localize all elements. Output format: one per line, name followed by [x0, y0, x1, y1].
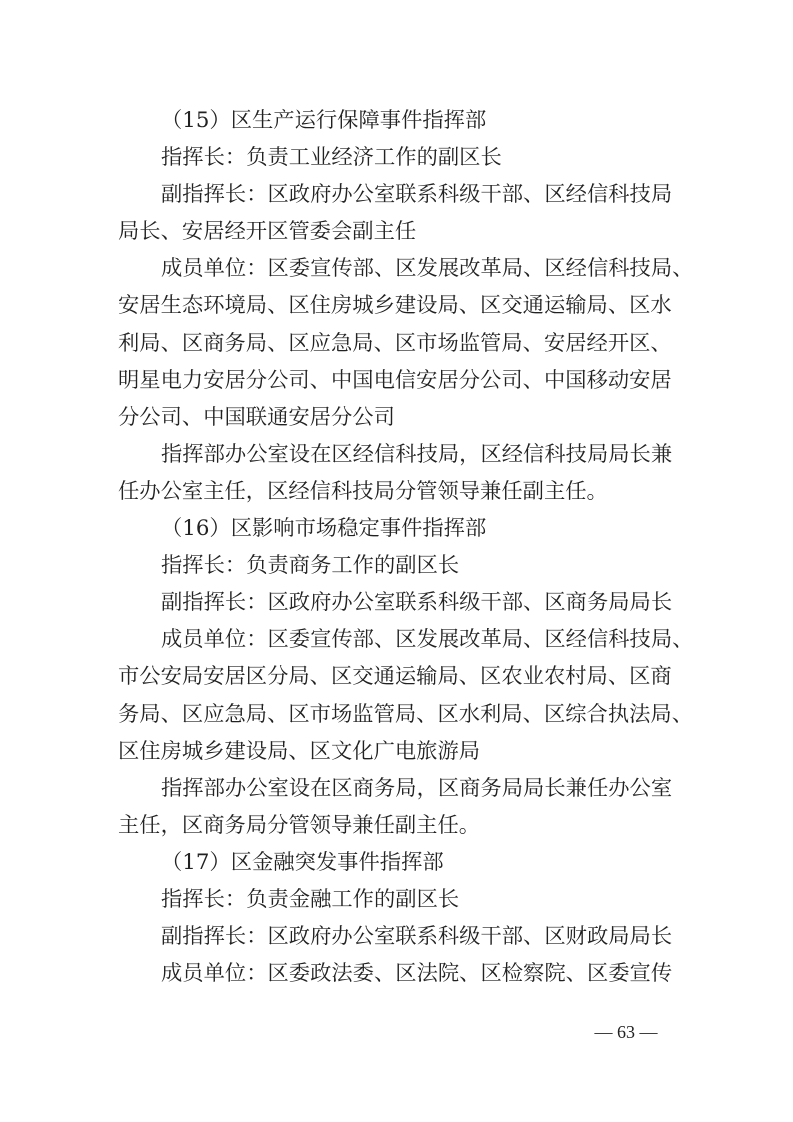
- commander-line: 指挥长：负责工业经济工作的副区长: [118, 139, 674, 176]
- deputy-commander-line: 副指挥长：区政府办公室联系科级干部、区经信科技局: [118, 176, 674, 213]
- office-line: 指挥部办公室设在区商务局，区商务局局长兼任办公室: [118, 770, 674, 807]
- member-units-line-cont: 区住房城乡建设局、区文化广电旅游局: [118, 733, 674, 770]
- section-heading-17: （17）区金融突发事件指挥部: [118, 844, 674, 881]
- member-units-line-cont: 分公司、中国联通安居分公司: [118, 399, 674, 436]
- document-body: （15）区生产运行保障事件指挥部 指挥长：负责工业经济工作的副区长 副指挥长：区…: [118, 102, 674, 992]
- deputy-commander-line: 副指挥长：区政府办公室联系科级干部、区财政局局长: [118, 918, 674, 955]
- member-units-line: 成员单位：区委宣传部、区发展改革局、区经信科技局、: [118, 621, 674, 658]
- commander-line: 指挥长：负责商务工作的副区长: [118, 547, 674, 584]
- member-units-line: 成员单位：区委政法委、区法院、区检察院、区委宣传: [118, 955, 674, 992]
- office-line: 指挥部办公室设在区经信科技局，区经信科技局局长兼: [118, 436, 674, 473]
- commander-line: 指挥长：负责金融工作的副区长: [118, 881, 674, 918]
- deputy-commander-line: 副指挥长：区政府办公室联系科级干部、区商务局局长: [118, 584, 674, 621]
- office-line-cont: 主任，区商务局分管领导兼任副主任。: [118, 807, 674, 844]
- member-units-line-cont: 市公安局安居区分局、区交通运输局、区农业农村局、区商: [118, 658, 674, 695]
- member-units-line-cont: 利局、区商务局、区应急局、区市场监管局、安居经开区、: [118, 325, 674, 362]
- member-units-line-cont: 安居生态环境局、区住房城乡建设局、区交通运输局、区水: [118, 287, 674, 324]
- member-units-line: 成员单位：区委宣传部、区发展改革局、区经信科技局、: [118, 250, 674, 287]
- deputy-commander-line-cont: 局长、安居经开区管委会副主任: [118, 213, 674, 250]
- page-number: — 63 —: [586, 1022, 666, 1043]
- office-line-cont: 任办公室主任，区经信科技局分管领导兼任副主任。: [118, 473, 674, 510]
- section-heading-16: （16）区影响市场稳定事件指挥部: [118, 510, 674, 547]
- section-heading-15: （15）区生产运行保障事件指挥部: [118, 102, 674, 139]
- member-units-line-cont: 务局、区应急局、区市场监管局、区水利局、区综合执法局、: [118, 696, 674, 733]
- member-units-line-cont: 明星电力安居分公司、中国电信安居分公司、中国移动安居: [118, 362, 674, 399]
